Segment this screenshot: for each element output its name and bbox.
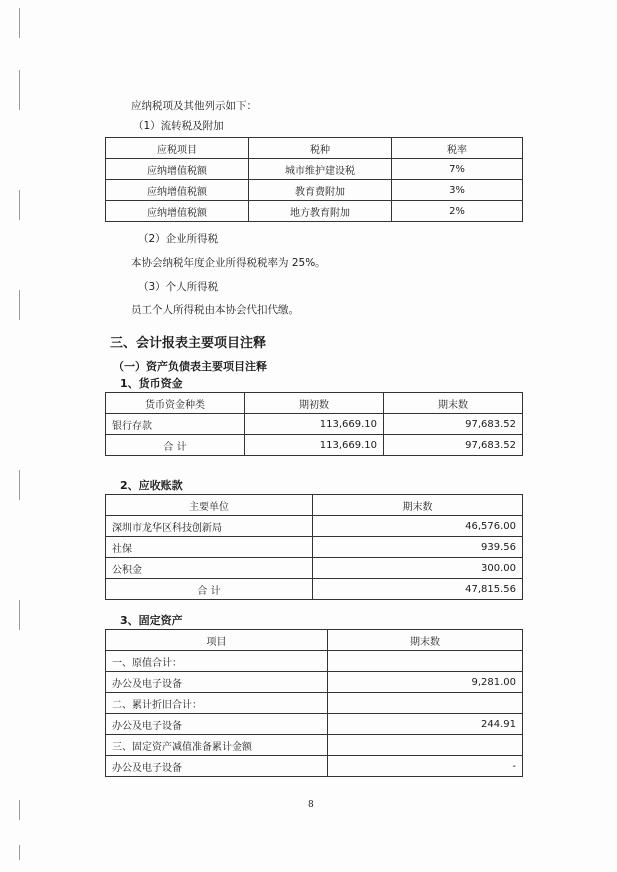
cell: 2% (392, 201, 523, 222)
cell: 教育费附加 (249, 180, 392, 201)
binding-line (19, 800, 20, 820)
header-cell: 期末数 (384, 393, 523, 414)
cell (328, 735, 523, 756)
receivables-table: 主要单位 期末数 深圳市龙华区科技创新局 46,576.00 社保 939.56… (105, 494, 523, 600)
cell: 7% (392, 159, 523, 180)
table-row: 公积金 300.00 (106, 558, 523, 579)
cell: 二、累计折旧合计： (106, 693, 328, 714)
fixed-assets-title: 3、固定资产 (120, 614, 183, 628)
header-cell: 期末数 (328, 630, 523, 651)
header-cell: 应税项目 (106, 138, 249, 159)
binding-line (19, 8, 20, 38)
section1-title: （1）流转税及附加 (133, 119, 224, 133)
cell: 一、原值合计： (106, 651, 328, 672)
table-row: 应纳增值税额 地方教育附加 2% (106, 201, 523, 222)
table-row: 银行存款 113,669.10 97,683.52 (106, 414, 523, 435)
table-row: 合 计 113,669.10 97,683.52 (106, 435, 523, 456)
cash-title: 1、货币资金 (120, 377, 183, 391)
section3-title: （3）个人所得税 (138, 280, 218, 294)
table-header-row: 应税项目 税种 税率 (106, 138, 523, 159)
table-header-row: 项目 期末数 (106, 630, 523, 651)
header-cell: 主要单位 (106, 495, 313, 516)
cell: 应纳增值税额 (106, 201, 249, 222)
cell: 城市维护建设税 (249, 159, 392, 180)
receivables-title: 2、应收账款 (120, 479, 183, 493)
binding-line (19, 470, 20, 500)
turnover-tax-table: 应税项目 税种 税率 应纳增值税额 城市维护建设税 7% 应纳增值税额 教育费附… (105, 137, 523, 222)
cell: 113,669.10 (245, 414, 384, 435)
table-row: 三、固定资产减值准备累计金额 (106, 735, 523, 756)
cell: 合 计 (106, 435, 245, 456)
cell: 46,576.00 (313, 516, 523, 537)
cell: 244.91 (328, 714, 523, 735)
table-header-row: 主要单位 期末数 (106, 495, 523, 516)
cell: 三、固定资产减值准备累计金额 (106, 735, 328, 756)
binding-line (19, 190, 20, 220)
section2-text: 本协会纳税年度企业所得税税率为 25%。 (131, 256, 326, 270)
table-row: 一、原值合计： (106, 651, 523, 672)
cell: 深圳市龙华区科技创新局 (106, 516, 313, 537)
heading-sub: （一）资产负债表主要项目注释 (113, 360, 267, 374)
table-row: 办公及电子设备 9,281.00 (106, 672, 523, 693)
cell: 47,815.56 (313, 579, 523, 600)
cell: - (328, 756, 523, 777)
cell: 939.56 (313, 537, 523, 558)
header-cell: 期末数 (313, 495, 523, 516)
table-row: 办公及电子设备 244.91 (106, 714, 523, 735)
binding-line (19, 290, 20, 320)
header-cell: 税种 (249, 138, 392, 159)
table-row: 合 计 47,815.56 (106, 579, 523, 600)
table-row: 办公及电子设备 - (106, 756, 523, 777)
binding-line (19, 600, 20, 630)
binding-line (19, 845, 20, 860)
cell (328, 693, 523, 714)
cell: 97,683.52 (384, 414, 523, 435)
header-cell: 货币资金种类 (106, 393, 245, 414)
cell: 300.00 (313, 558, 523, 579)
cell: 97,683.52 (384, 435, 523, 456)
table-row: 二、累计折旧合计： (106, 693, 523, 714)
cell: 银行存款 (106, 414, 245, 435)
table-row: 社保 939.56 (106, 537, 523, 558)
table-row: 深圳市龙华区科技创新局 46,576.00 (106, 516, 523, 537)
cell: 合 计 (106, 579, 313, 600)
cell: 3% (392, 180, 523, 201)
cell: 公积金 (106, 558, 313, 579)
fixed-assets-table: 项目 期末数 一、原值合计： 办公及电子设备 9,281.00 二、累计折旧合计… (105, 629, 523, 777)
table-row: 应纳增值税额 教育费附加 3% (106, 180, 523, 201)
header-cell: 期初数 (245, 393, 384, 414)
section3-text: 员工个人所得税由本协会代扣代缴。 (131, 303, 299, 317)
cell: 应纳增值税额 (106, 180, 249, 201)
cell: 办公及电子设备 (106, 756, 328, 777)
cell: 9,281.00 (328, 672, 523, 693)
header-cell: 税率 (392, 138, 523, 159)
cell: 应纳增值税额 (106, 159, 249, 180)
cell: 113,669.10 (245, 435, 384, 456)
cell (328, 651, 523, 672)
heading-main: 三、会计报表主要项目注释 (110, 337, 266, 351)
cell: 办公及电子设备 (106, 672, 328, 693)
intro-text: 应纳税项及其他列示如下： (131, 99, 257, 113)
table-row: 应纳增值税额 城市维护建设税 7% (106, 159, 523, 180)
header-cell: 项目 (106, 630, 328, 651)
cash-table: 货币资金种类 期初数 期末数 银行存款 113,669.10 97,683.52… (105, 392, 523, 456)
table-header-row: 货币资金种类 期初数 期末数 (106, 393, 523, 414)
cell: 办公及电子设备 (106, 714, 328, 735)
page-number: 8 (308, 800, 314, 810)
section2-title: （2）企业所得税 (138, 232, 218, 246)
cell: 社保 (106, 537, 313, 558)
binding-line (19, 70, 20, 110)
cell: 地方教育附加 (249, 201, 392, 222)
